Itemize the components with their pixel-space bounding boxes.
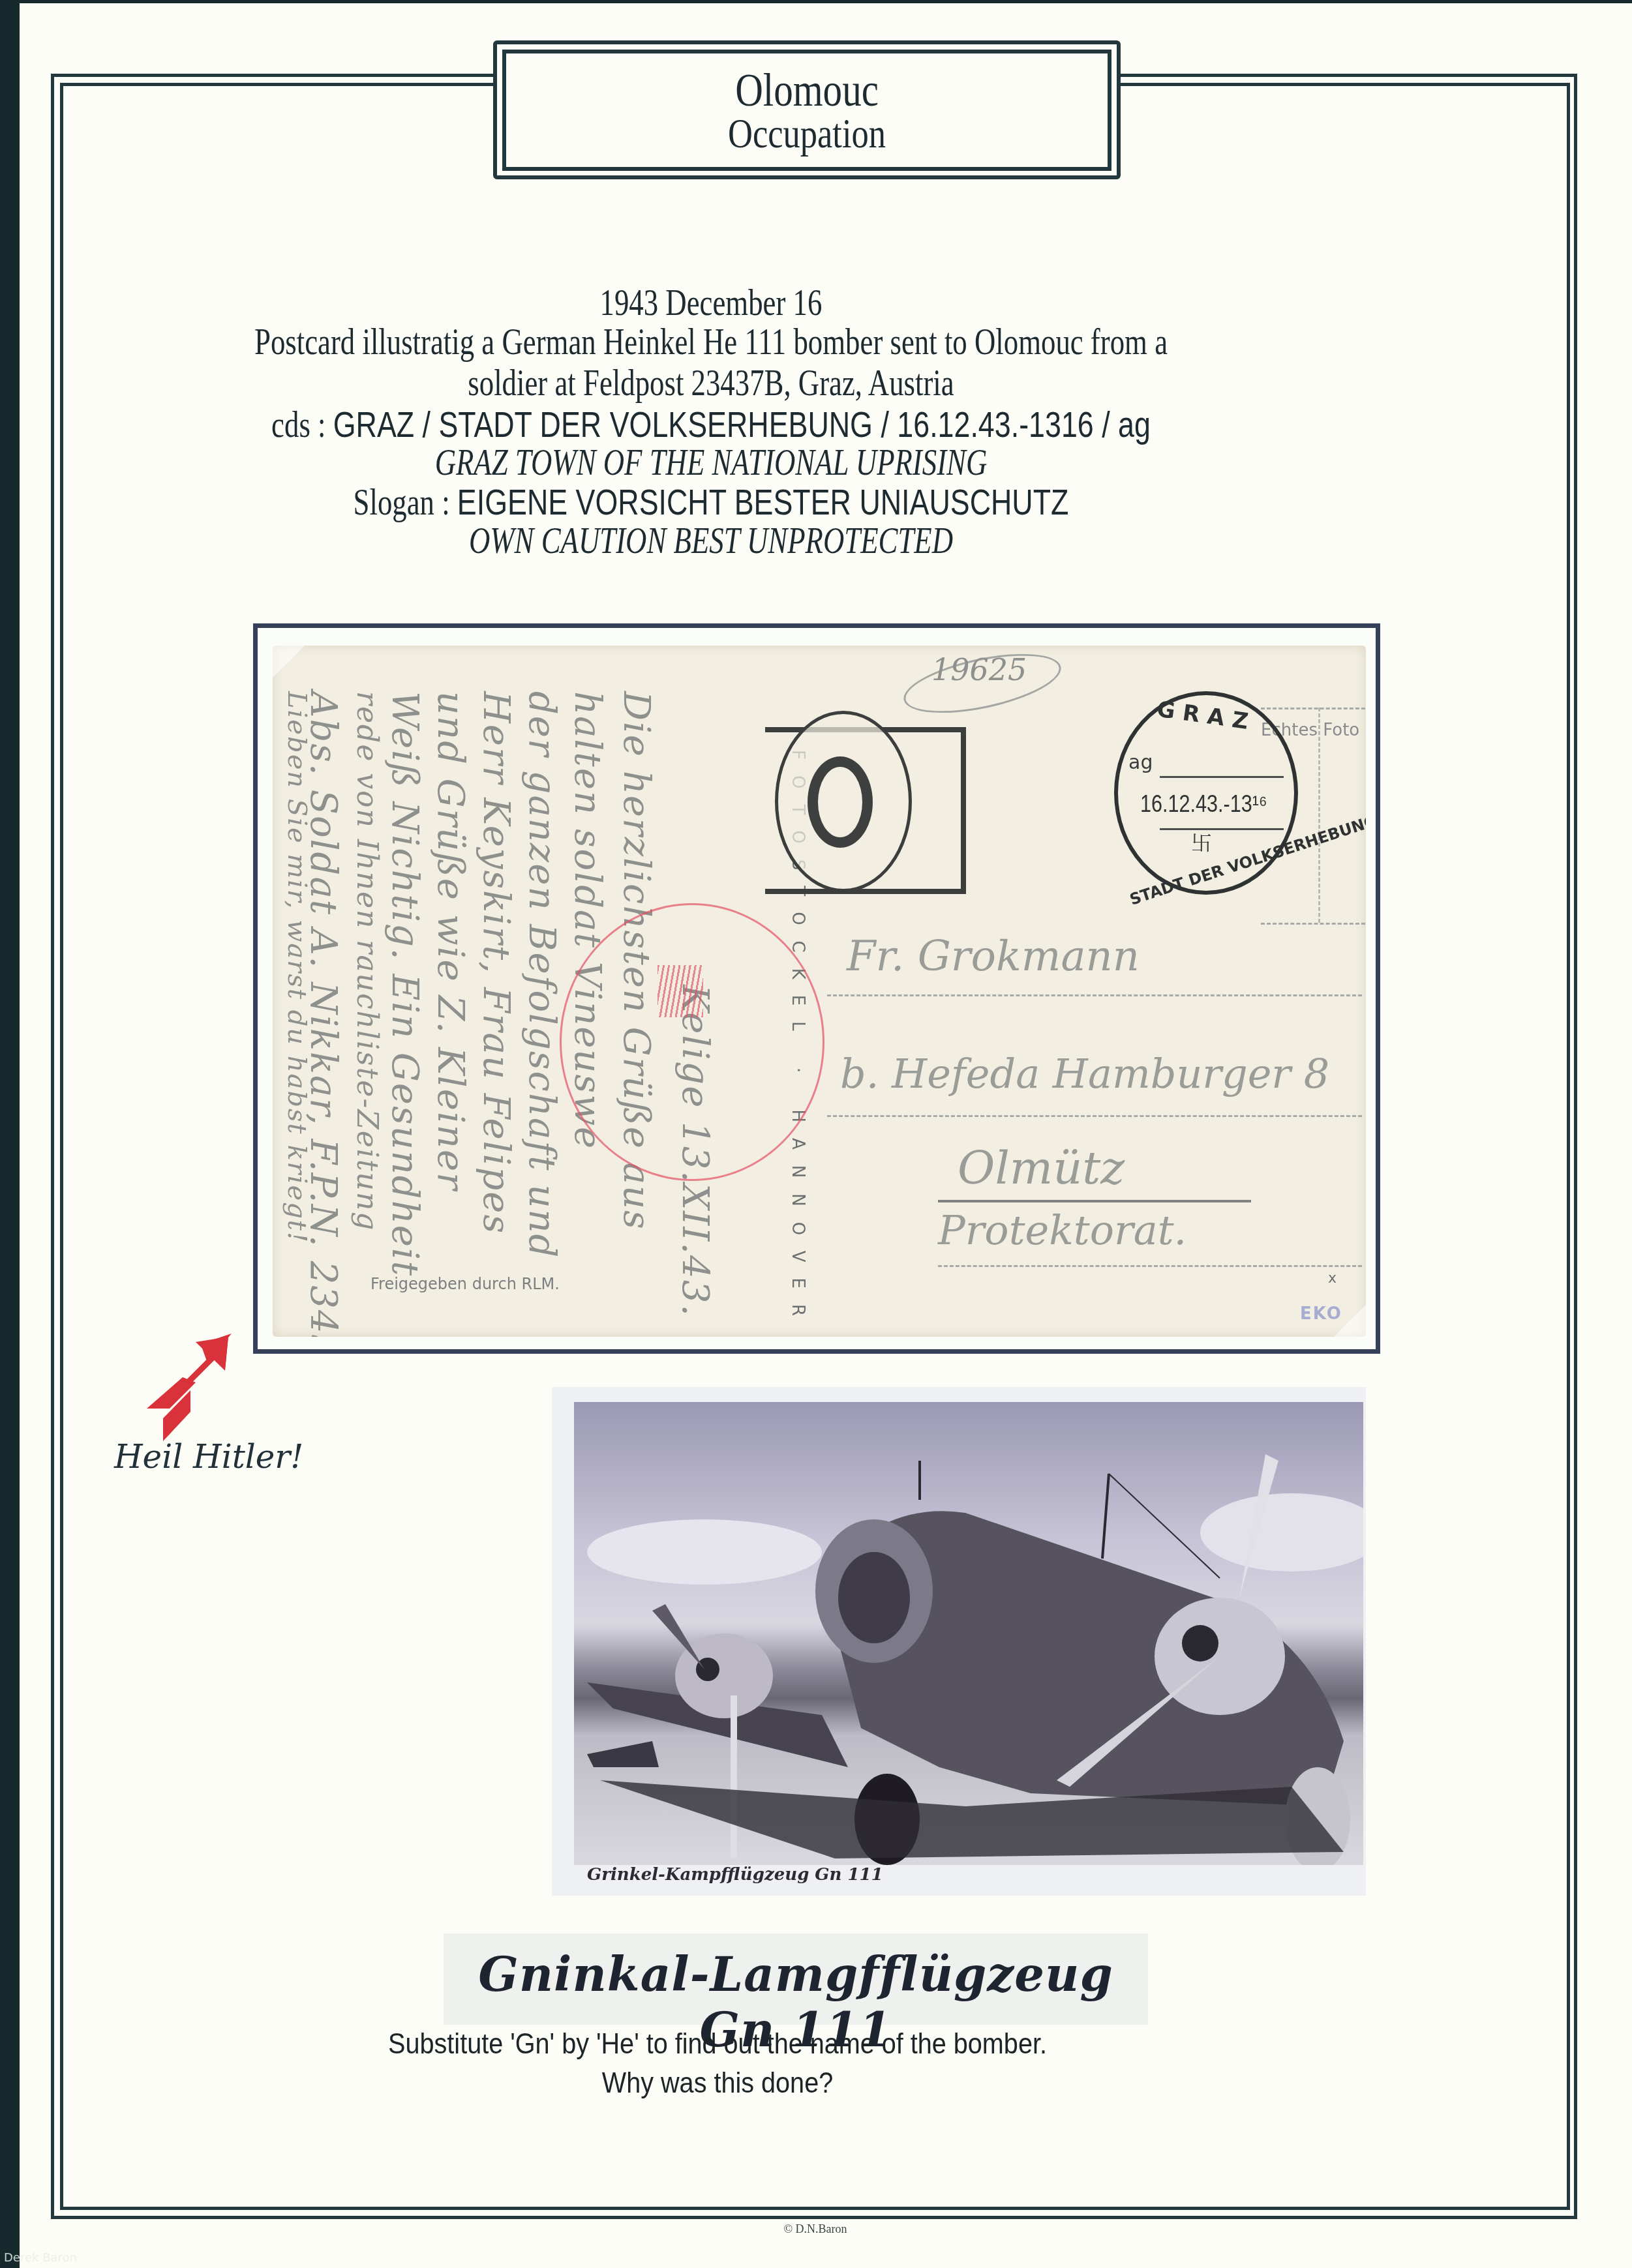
page-subtitle: Occupation: [557, 111, 1057, 157]
description-slogan-translation: OWN CAUTION BEST UNPROTECTED: [215, 518, 1207, 564]
address-underline: [938, 1200, 1251, 1202]
x-mark: x: [1328, 1270, 1337, 1287]
cds-label: cds :: [271, 405, 325, 445]
postmark-bar: [1160, 776, 1284, 778]
address-line: Fr. Grokmann: [847, 933, 1140, 981]
postcard: 19625 Abs. Soldat A. Nikkar, F.P.N. 2343…: [273, 646, 1366, 1337]
postmark-bar: [1160, 828, 1284, 830]
red-arrow-icon: [130, 1330, 241, 1441]
red-stamp-eagle-icon: [657, 965, 703, 1017]
publisher-logo: EKO: [1300, 1304, 1342, 1324]
scan-edge: [0, 0, 20, 2268]
scan-credit: Derek Baron: [4, 2251, 77, 2265]
stamp-box-top: [1261, 708, 1365, 709]
note-line-1: Substitute 'Gn' by 'He' to find out the …: [365, 2028, 1070, 2061]
bomber-aircraft-image: [574, 1402, 1363, 1865]
description-line-2: soldier at Feldpost 23437B, Graz, Austri…: [215, 361, 1207, 406]
address-line: b. Hefeda Hamburger 8: [840, 1050, 1329, 1097]
photo-caption: Grinkel-Kampfflügzeug Gn 111: [587, 1865, 883, 1885]
he111-photo: [574, 1402, 1363, 1865]
message-line: rede von Ihnen rauchliste-Zeitung: [350, 691, 384, 1231]
postmark-code: ag: [1128, 751, 1153, 774]
postmark-date: 16.12.43.-13¹⁶: [1140, 790, 1267, 818]
pencil-number: 19625: [931, 652, 1027, 687]
address-rule: [827, 1115, 1362, 1117]
scan-edge-top: [0, 0, 1632, 3]
address-line: Protektorat.: [938, 1206, 1186, 1254]
description-line-1: Postcard illustratig a German Heinkel He…: [215, 320, 1207, 365]
address-rule: [938, 1265, 1362, 1267]
slogan-value: EIGENE VORSICHT BESTER UNIAUSCHUTZ: [457, 481, 1069, 522]
copyright: © D.N.Baron: [718, 2222, 913, 2236]
heil-hitler-text: Heil Hitler!: [114, 1438, 303, 1476]
address-rule: [827, 994, 1362, 996]
message-line: der ganzen Befolgschaft und: [521, 691, 563, 1259]
photo-corner-mount: [273, 646, 305, 678]
postmark-emblem-icon: 卐: [1191, 827, 1212, 857]
slogan-cancel-emblem-icon: [808, 756, 873, 848]
message-line: und Grüße wie Z. Kleiner: [429, 691, 472, 1191]
page-title: Olomouc: [557, 64, 1057, 116]
note-line-2: Why was this done?: [365, 2067, 1070, 2100]
address-line: Olmütz: [958, 1141, 1125, 1195]
censor-note: Freigegeben durch RLM.: [370, 1275, 560, 1293]
message-line: Herr Keyskirt, Frau Felipes: [475, 691, 517, 1234]
message-line: Weiß Nichtig. Ein Gesundheit: [384, 691, 426, 1277]
stamp-box-bottom: [1261, 923, 1365, 925]
slogan-label: Slogan :: [354, 483, 450, 523]
red-censor-stamp: [560, 903, 824, 1181]
cds-value: GRAZ / STADT DER VOLKSERHEBUNG / 16.12.4…: [333, 404, 1151, 445]
message-line: Lieben Sie mir, warst du habst kriegt!: [282, 691, 312, 1244]
